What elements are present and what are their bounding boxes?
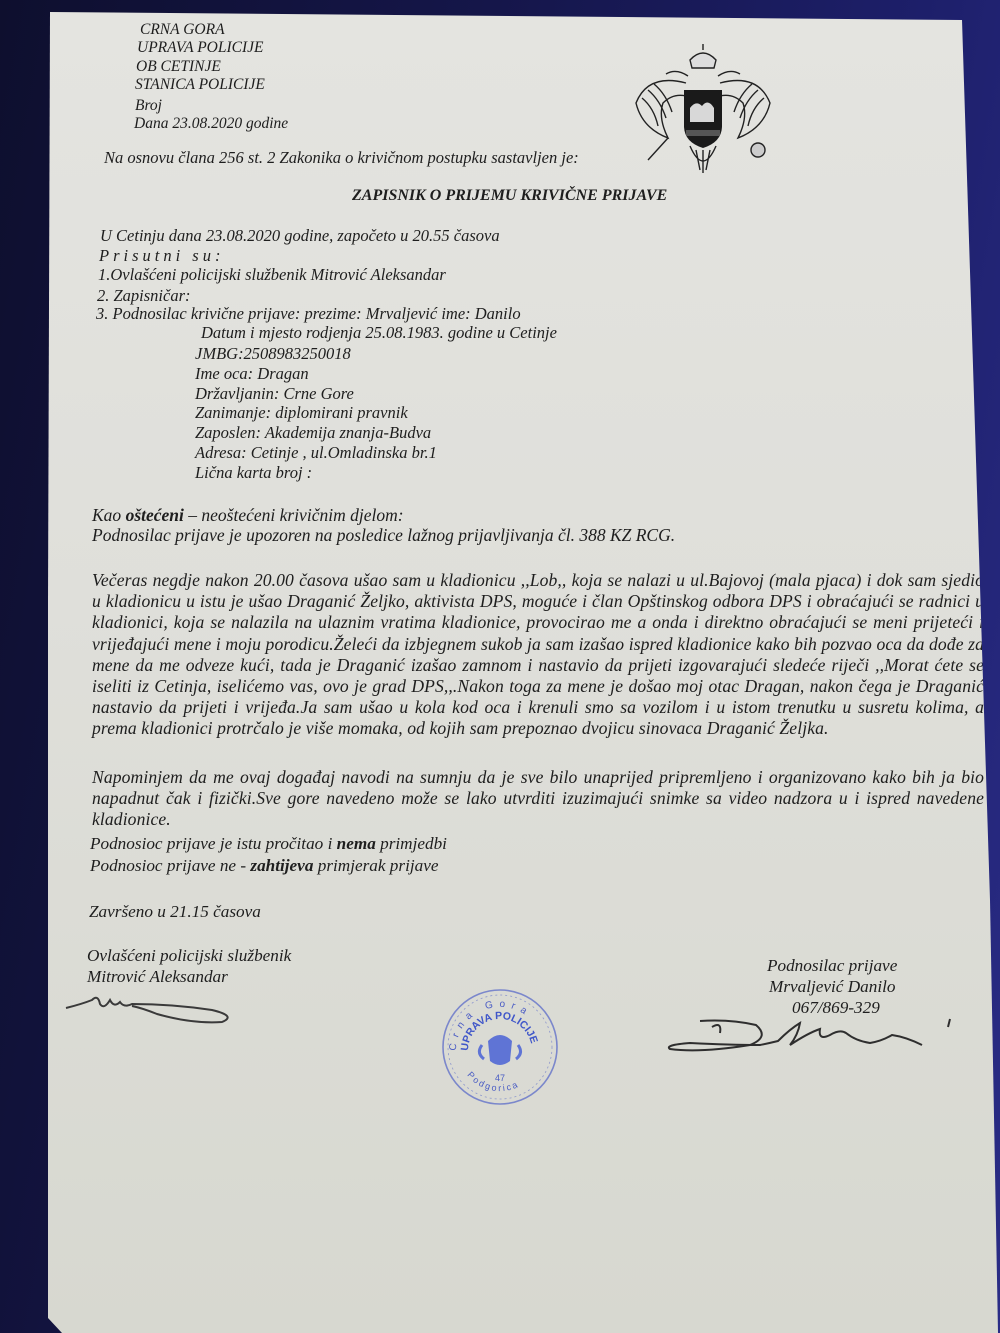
header-line: UPRAVA POLICIJE (137, 38, 264, 58)
read-statement: Podnosioc prijave je istu pročitao i nem… (90, 834, 447, 854)
coat-of-arms-icon (628, 38, 778, 178)
jmbg: JMBG:2508983250018 (195, 344, 351, 364)
occupation: Zanimanje: diplomirani pravnik (195, 403, 408, 423)
present-label: Prisutni su: (99, 246, 224, 266)
police-stamp-icon: Crna Gora UPRAVA POLICIJE 47 Podgorica (438, 985, 562, 1109)
svg-text:Podgorica: Podgorica (465, 1070, 520, 1094)
status-suffix: – neoštećeni krivičnim djelom: (184, 505, 404, 525)
complainant-title: Podnosilac prijave (767, 956, 897, 976)
officer-name: Mitrović Aleksandar (87, 967, 228, 987)
statement-paragraph-1: Večeras negdje nakon 20.00 časova ušao s… (92, 570, 984, 740)
officer-signature-icon (62, 990, 242, 1035)
read-prefix: Podnosioc prijave je istu pročitao i (90, 834, 337, 853)
complainant-name: Mrvaljević Danilo (769, 977, 895, 997)
present-recorder: 2. Zapisničar: (97, 286, 191, 306)
legal-preamble: Na osnovu člana 256 st. 2 Zakonika o kri… (104, 148, 579, 168)
read-suffix: primjedbi (376, 834, 447, 853)
header-date: Dana 23.08.2020 godine (134, 114, 288, 134)
officer-title: Ovlašćeni policijski službenik (87, 946, 291, 966)
victim-status: Kao oštećeni – neoštećeni krivičnim djel… (92, 505, 404, 525)
complainant-signature-icon (660, 1015, 960, 1060)
statement-paragraph-2: Napominjem da me ovaj događaj navodi na … (92, 767, 984, 831)
place-date: U Cetinju dana 23.08.2020 godine, započe… (100, 226, 500, 246)
birth-info: Datum i mjesto rodjenja 25.08.1983. godi… (201, 323, 557, 343)
header-line: CRNA GORA (140, 20, 225, 40)
header-line: Broj (135, 96, 162, 116)
citizenship: Državljanin: Crne Gore (195, 384, 354, 404)
copy-request: Podnosioc prijave ne - zahtijeva primjer… (90, 856, 439, 876)
finished-time: Završeno u 21.15 časova (89, 902, 261, 922)
header-line: OB CETINJE (136, 57, 221, 77)
document-page: CRNA GORA UPRAVA POLICIJE OB CETINJE STA… (0, 0, 1000, 1333)
copy-prefix: Podnosioc prijave ne - (90, 856, 250, 875)
status-prefix: Kao (92, 505, 126, 525)
stamp-number: 47 (495, 1073, 505, 1083)
employer: Zaposlen: Akademija znanja-Budva (195, 423, 431, 443)
document-title: ZAPISNIK O PRIJEMU KRIVIČNE PRIJAVE (352, 186, 667, 206)
header-line: STANICA POLICIJE (135, 75, 265, 95)
copy-suffix: primjerak prijave (313, 856, 438, 875)
copy-bold: zahtijeva (250, 856, 313, 875)
stamp-city: Podgorica (465, 1070, 520, 1094)
present-officer: 1.Ovlašćeni policijski službenik Mitrovi… (98, 265, 446, 285)
address: Adresa: Cetinje , ul.Omladinska br.1 (195, 443, 437, 463)
status-bold: oštećeni (126, 505, 184, 525)
father-name: Ime oca: Dragan (195, 364, 309, 384)
id-card: Lična karta broj : (195, 463, 312, 483)
false-report-warning: Podnosilac prijave je upozoren na posled… (92, 525, 675, 545)
present-complainant: 3. Podnosilac krivične prijave: prezime:… (96, 304, 521, 324)
read-bold: nema (337, 834, 376, 853)
